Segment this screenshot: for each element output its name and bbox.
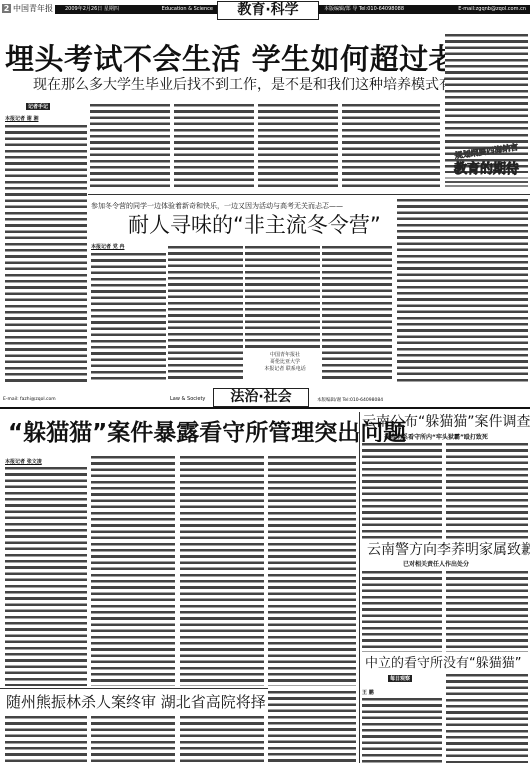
divider-suizhou (0, 688, 268, 689)
tag-reporter-notes: 记者手记 (26, 103, 50, 110)
header-bar-left: 2009年2月26日 星期四 Education & Science (55, 5, 217, 14)
winter-camp-col-4 (322, 245, 392, 382)
masthead-logo: 中国青年报 (13, 3, 53, 14)
main-article-col-3 (174, 103, 254, 191)
main-article-col-2 (90, 103, 170, 191)
byline-duomaomao: 本报记者 张文凌 (5, 458, 42, 465)
page-number: 2 (2, 4, 11, 13)
edition-english: Education & Science (162, 5, 217, 14)
main-article-col-1 (5, 124, 87, 382)
suizhou-col-1 (5, 715, 87, 763)
main-article-col-5 (342, 103, 440, 191)
winter-camp-sidebar-notes: 中国青年报社 哥伦比亚大学 本报记者 联系电话 (250, 352, 320, 373)
right-column-text-top (445, 33, 528, 133)
winter-camp-col-2 (168, 245, 243, 382)
editor-info: 本版编辑/郑 导 Tel:010-64098088 (318, 6, 404, 12)
duomaomao-headline: “躲猫猫”案件暴露看守所管理突出问题 (8, 418, 406, 448)
divider-main (88, 194, 443, 195)
suizhou-headline: 随州熊振林杀人案终审 湖北省高院将择日宣判 (6, 693, 311, 711)
note-2: 哥伦比亚大学 (250, 359, 320, 366)
note-1: 中国青年报社 (250, 352, 320, 359)
edition-english-bottom: Law & Society (170, 396, 205, 402)
suizhou-col-3 (180, 715, 264, 763)
section-title-education: 教育·科学 (217, 1, 319, 20)
divider-vertical-bottom (359, 412, 360, 763)
duomaomao-col-3 (180, 455, 264, 686)
neutral-col-2 (446, 673, 528, 763)
duomaomao-col-1 (5, 466, 87, 686)
byline-neutral: 王 鹏 (362, 689, 374, 696)
yunnan-apology-col-2 (446, 570, 528, 652)
header-bar-right: 本版编辑/郑 导 Tel:010-64098088 E-mail:zgqnb@z… (318, 5, 530, 14)
yunnan-investigation-col-1 (362, 442, 442, 542)
email-bottom: E-mail: fazhi@zqol.com (3, 397, 56, 402)
suizhou-col-4 (268, 690, 356, 763)
yunnan-apology-headline: 云南警方向李荞明家属致歉 (367, 542, 530, 559)
banner-education-expectations: 规划纲要四海纳言 教育的期待 (445, 140, 528, 192)
duomaomao-col-4 (268, 455, 356, 686)
tag-daily-observation: 每日观察 (388, 675, 412, 682)
main-article-col-4 (258, 103, 338, 191)
neutral-headline: 中立的看守所没有“躲猫猫” (365, 656, 521, 672)
yunnan-apology-col-1 (362, 570, 442, 652)
suizhou-col-2 (91, 715, 175, 763)
winter-camp-col-5 (397, 198, 528, 382)
winter-camp-headline: 耐人寻味的“非主流冬令营” (128, 212, 381, 238)
date-line: 2009年2月26日 星期四 (55, 6, 119, 12)
byline-main: 本报记者 谢 湘 (5, 115, 38, 122)
winter-camp-col-1 (91, 252, 166, 382)
yunnan-investigation-subhead: 李荞明系看守所内“牢头狱霸”殴打致死 (384, 432, 488, 441)
section-title-law-society: 法治·社会 (213, 388, 309, 407)
winter-camp-col-3 (245, 245, 320, 350)
yunnan-investigation-col-2 (446, 442, 528, 542)
winter-camp-kicker: 参加冬令营的同学一边体验着新奇和快乐，一边又因为活动与高考无关而忐忑—— (91, 202, 343, 211)
divider-right (394, 194, 530, 195)
email-top: E-mail:zgqnb@zqol.com.cn (458, 5, 530, 14)
main-subhead: 现在那么多大学生毕业后找不到工作，是不是和我们这种培养模式有关 (33, 76, 467, 94)
yunnan-investigation-headline: 云南公布“躲猫猫”案件调查情况 (362, 414, 530, 431)
editor-info-bottom: 本版编辑/谢 Tel:010-64098084 (317, 397, 383, 403)
main-headline: 埋头考试不会生活 学生如何超过老师 (5, 42, 488, 76)
note-3: 本报记者 联系电话 (250, 366, 320, 373)
divider-bottom-section (0, 407, 530, 409)
neutral-col-1 (362, 697, 442, 763)
byline-winter-camp: 本报记者 党 冉 (91, 243, 124, 250)
yunnan-apology-subhead: 已对相关责任人作出处分 (403, 559, 469, 568)
duomaomao-col-2 (91, 455, 175, 686)
